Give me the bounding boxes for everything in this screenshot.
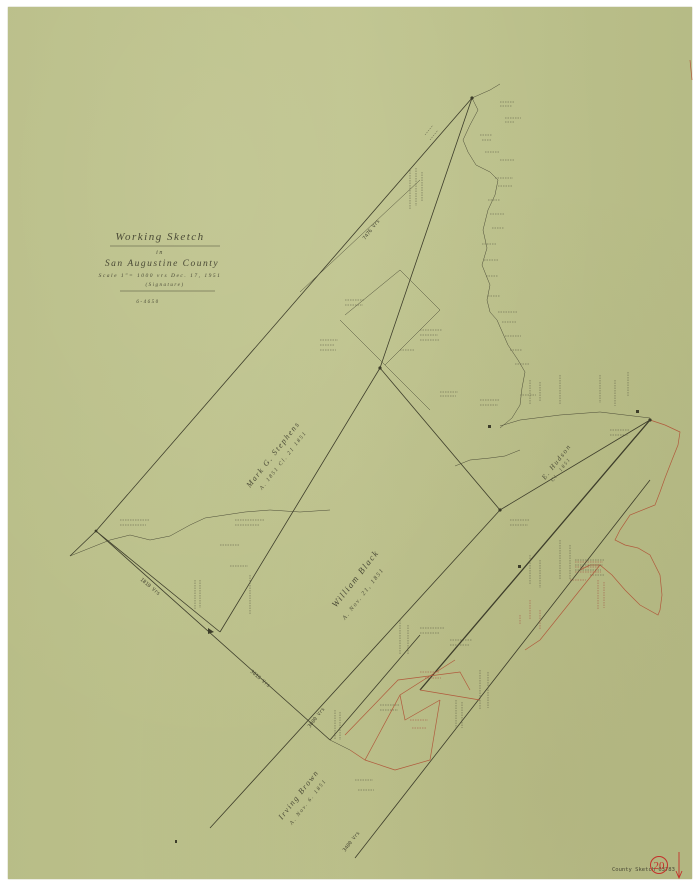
- main-survey-lines: [70, 98, 650, 858]
- survey-corners: [95, 96, 652, 843]
- down-arrow-icon: [676, 852, 682, 878]
- title-line-3: San Augustine County: [105, 259, 219, 269]
- sheet-number: 20: [654, 860, 666, 872]
- line-length-label: 3616 Vrs: [249, 669, 271, 689]
- title-line-2: in: [156, 250, 164, 256]
- title-line-4: Scale 1"= 1000 vrs Dec. 17, 1951: [99, 273, 222, 279]
- svg-text:3400 Vrs: 3400 Vrs: [342, 831, 362, 854]
- creek-meander-line: [463, 98, 525, 428]
- creek: [70, 510, 330, 556]
- survey-map: Working Sketch in San Augustine County S…: [0, 0, 700, 888]
- survey-labels: William Black A. Nov. 21, 1851 Mark G. S…: [139, 219, 573, 854]
- title-line-1: Working Sketch: [115, 231, 204, 243]
- red-boundary-right: [580, 420, 680, 615]
- svg-text:1810 Vrs: 1810 Vrs: [139, 577, 161, 597]
- sheet-reference: 6-4650: [136, 300, 159, 305]
- field-notes: [120, 102, 630, 790]
- title-block: Working Sketch in San Augustine County S…: [99, 231, 222, 305]
- interior-tracts: [300, 180, 440, 410]
- svg-text:3000 Vrs: 3000 Vrs: [307, 707, 327, 730]
- title-line-5: (Signature): [145, 283, 184, 288]
- survey-name-mark-g-stephens: Mark G. Stephens: [244, 419, 302, 490]
